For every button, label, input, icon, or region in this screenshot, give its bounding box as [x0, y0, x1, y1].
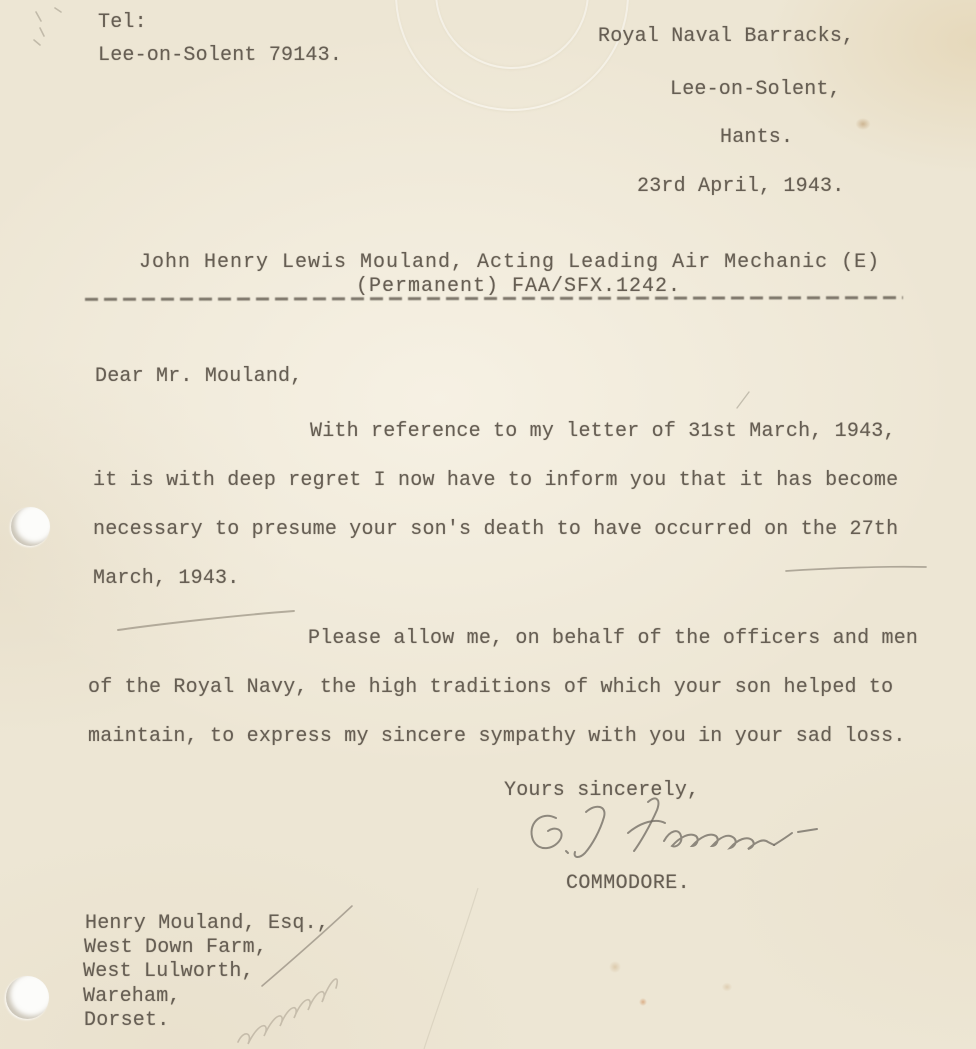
- body-paragraph1-line3: necessary to presume your son's death to…: [93, 519, 898, 541]
- body-paragraph2-line2: of the Royal Navy, the high traditions o…: [88, 677, 893, 699]
- salutation: Dear Mr. Mouland,: [95, 366, 302, 388]
- subject-line-2: (Permanent) FAA/SFX.1242.: [356, 276, 681, 298]
- pencil-underline-27th: [786, 567, 926, 571]
- sender-address-line-1: Royal Naval Barracks,: [598, 26, 854, 48]
- body-paragraph1-line2: it is with deep regret I now have to inf…: [93, 470, 898, 492]
- body-paragraph1-line4: March, 1943.: [93, 568, 239, 590]
- valediction: Yours sincerely,: [504, 780, 699, 802]
- recipient-address-line-4: Wareham,: [83, 986, 181, 1008]
- paper-crease: [424, 888, 478, 1049]
- tel-label: Tel:: [98, 12, 147, 34]
- subject-underline: [85, 296, 903, 301]
- sender-address-line-3: Hants.: [720, 127, 793, 149]
- body-paragraph2-line1: Please allow me, on behalf of the office…: [308, 628, 918, 650]
- recipient-address-line-2: West Down Farm,: [84, 937, 267, 959]
- signer-title: COMMODORE.: [566, 873, 690, 895]
- recipient-address-line-5: Dorset.: [84, 1010, 169, 1032]
- subject-line-1: John Henry Lewis Mouland, Acting Leading…: [139, 252, 880, 274]
- handwritten-signature: [532, 799, 817, 858]
- body-paragraph2-line3: maintain, to express my sincere sympathy…: [88, 726, 906, 748]
- recipient-address-line-1: Henry Mouland, Esq.,: [85, 913, 329, 935]
- pencil-scribble-topleft: [34, 8, 61, 45]
- letter-date: 23rd April, 1943.: [637, 176, 844, 198]
- body-paragraph1-line1: With reference to my letter of 31st Marc…: [310, 421, 896, 443]
- pencil-diagonal-stroke: [118, 611, 294, 630]
- pencil-slash-mark: [737, 392, 749, 408]
- tel-number: Lee-on-Solent 79143.: [98, 45, 342, 67]
- punch-hole-top: [11, 507, 50, 546]
- pencil-handwriting-note: [238, 979, 337, 1044]
- punch-hole-bottom: [6, 976, 49, 1019]
- letter-document: Tel: Lee-on-Solent 79143. Royal Naval Ba…: [0, 0, 976, 1049]
- recipient-address-line-3: West Lulworth,: [83, 961, 254, 983]
- sender-address-line-2: Lee-on-Solent,: [670, 79, 841, 101]
